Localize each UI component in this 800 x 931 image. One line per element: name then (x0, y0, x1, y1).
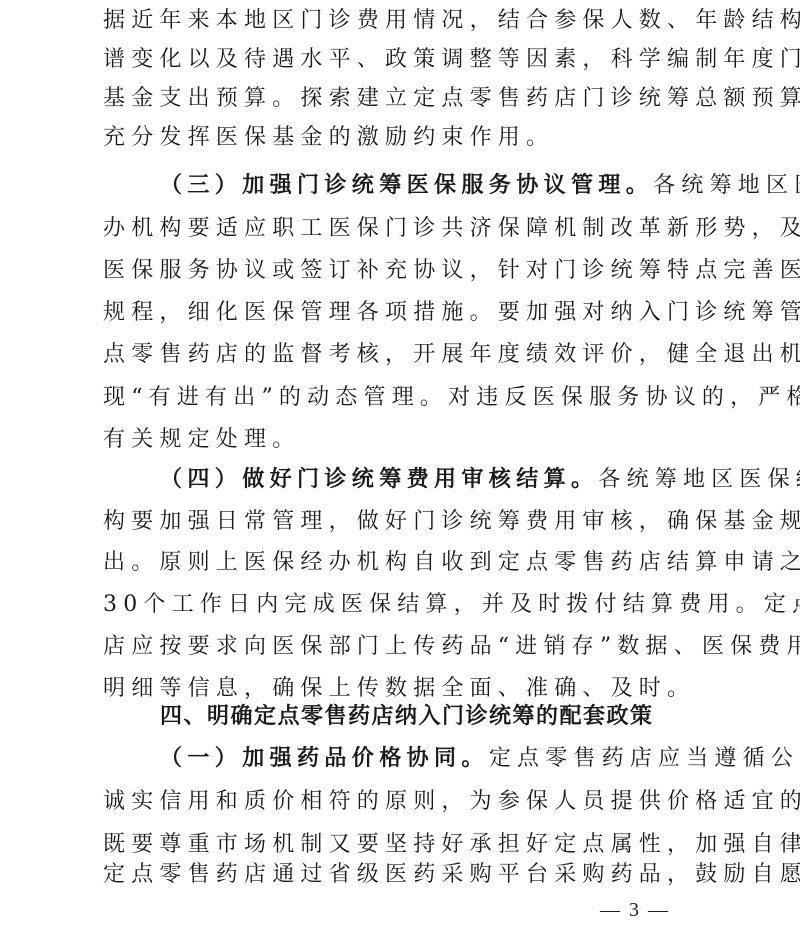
body-line: 构要加强日常管理，做好门诊统筹费用审核，确保基金规范支 (103, 507, 703, 537)
body-line: 谱变化以及待遇水平、政策调整等因素，科学编制年度门诊医保 (103, 45, 703, 75)
body-line: 规程，细化医保管理各项措施。要加强对纳入门诊统筹管理的定 (103, 298, 703, 328)
body-line: 有关规定处理。 (103, 425, 703, 455)
section-3-first-line: （三）加强门诊统筹医保服务协议管理。各统筹地区医保经 (160, 171, 760, 201)
body-line: 充分发挥医保基金的激励约束作用。 (103, 123, 703, 153)
body-line: 诚实信用和质价相符的原则，为参保人员提供价格适宜的药品， (103, 787, 703, 817)
body-line: 既要尊重市场机制又要坚持好承担好定点属性，加强自律。支持 (103, 830, 703, 860)
body-line: 明细等信息，确保上传数据全面、准确、及时。 (103, 674, 703, 704)
body-line: 据近年来本地区门诊费用情况，结合参保人数、年龄结构、疾病 (103, 6, 703, 36)
subsection-1-first-line: （一）加强药品价格协同。定点零售药店应当遵循公平合法、 (160, 744, 760, 774)
document-page: 据近年来本地区门诊费用情况，结合参保人数、年龄结构、疾病 谱变化以及待遇水平、政… (0, 0, 800, 931)
body-line: 办机构要适应职工医保门诊共济保障机制改革新形势，及时修订 (103, 214, 703, 244)
body-line: 医保服务协议或签订补充协议，针对门诊统筹特点完善医保经办 (103, 256, 703, 286)
page-number: — 3 — (600, 898, 670, 922)
body-line: 点零售药店的监督考核，开展年度绩效评价，健全退出机制，实 (103, 340, 703, 370)
subsection-1-title: （一）加强药品价格协同。 (160, 746, 489, 771)
body-line: 基金支出预算。探索建立定点零售药店门诊统筹总额预算管理， (103, 84, 703, 114)
body-line: 30个工作日内完成医保结算，并及时拨付结算费用。定点零售药 (103, 590, 703, 620)
section-4-title: （四）做好门诊统筹费用审核结算。 (160, 467, 598, 492)
section-3-title: （三）加强门诊统筹医保服务协议管理。 (160, 173, 653, 198)
body-line: 现“有进有出”的动态管理。对违反医保服务协议的，严格按照 (103, 383, 703, 413)
chapter-heading: 四、明确定点零售药店纳入门诊统筹的配套政策 (160, 702, 760, 732)
section-4-first-line: （四）做好门诊统筹费用审核结算。各统筹地区医保经办机 (160, 465, 760, 495)
body-line: 定点零售药店通过省级医药采购平台采购药品，鼓励自愿参与药 (103, 860, 703, 890)
body-line: 店应按要求向医保部门上传药品“进销存”数据、医保费用支出 (103, 632, 703, 662)
body-line: 出。原则上医保经办机构自收到定点零售药店结算申请之日起 (103, 548, 703, 578)
